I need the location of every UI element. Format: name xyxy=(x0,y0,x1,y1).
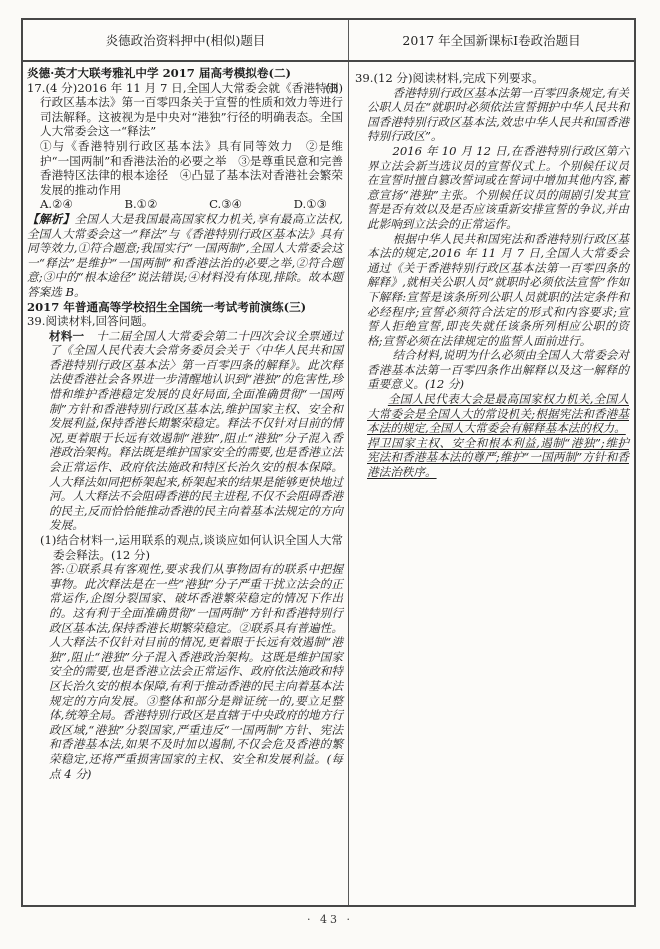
comparison-table: 炎德政治资料押中(相似)题目 2017 年全国新课标Ⅰ卷政治题目 炎德·英才大联… xyxy=(21,18,636,907)
page-number: · 43 · xyxy=(0,913,660,926)
question-39-lead-right: 39.(12 分)阅读材料,完成下列要求。 xyxy=(355,71,629,86)
material-one-text: 十二届全国人大常委会第二十四次会议全票通过了《全国人民代表大会常务委员会关于〈中… xyxy=(49,329,343,533)
analysis-text: 全国人大是我国最高国家权力机关,享有最高立法权,全国人大常委会这一“释法”与《香… xyxy=(27,212,343,299)
material-one-label: 材料一 xyxy=(49,329,84,343)
question-17-stem: (B)17.(4 分)2016 年 11 月 7 日,全国人大常委会就《香港特别… xyxy=(27,81,343,139)
table-header-row: 炎德政治资料押中(相似)题目 2017 年全国新课标Ⅰ卷政治题目 xyxy=(23,20,634,62)
underlined-answer-2: 捍卫国家主权、安全和根本利益,遏制“港独”;维护宪法和香港基本法的尊严;维护“一… xyxy=(367,436,629,480)
table-body-row: 炎德·英才大联考雅礼中学 2017 届高考模拟卷(二) (B)17.(4 分)2… xyxy=(23,62,634,905)
underlined-answer-1: 全国人民代表大会是最高国家权力机关,全国人大常委会是全国人大的常设机关;根据宪法… xyxy=(367,392,629,436)
exam-title-mock: 炎德·英才大联考雅礼中学 2017 届高考模拟卷(二) xyxy=(27,66,343,81)
question-39-lead-left: 39.阅读材料,回答问题。 xyxy=(27,314,343,329)
right-paragraph-2: 2016 年 10 月 12 日,在香港特别行政区第六界立法会新当选议员的宣誓仪… xyxy=(367,144,629,232)
analysis-paragraph: 【解析】全国人大是我国最高国家权力机关,享有最高立法权,全国人大常委会这一“释法… xyxy=(27,212,343,300)
scanned-exam-page: 炎德政治资料押中(相似)题目 2017 年全国新课标Ⅰ卷政治题目 炎德·英才大联… xyxy=(0,0,660,949)
left-column: 炎德·英才大联考雅礼中学 2017 届高考模拟卷(二) (B)17.(4 分)2… xyxy=(23,62,349,905)
right-paragraph-3: 根据中华人民共和国宪法和香港特别行政区基本法的规定,2016 年 11 月 7 … xyxy=(367,232,629,349)
exam-title-rehearsal: 2017 年普通高等学校招生全国统一考试考前演练(三) xyxy=(27,300,343,315)
right-paragraph-1: 香港特别行政区基本法第一百零四条规定,有关公职人员在“就职时必须依法宣誓拥护中华… xyxy=(367,86,629,144)
right-task-paragraph: 结合材料,说明为什么必须由全国人大常委会对香港基本法第一百零四条作出解释以及这一… xyxy=(367,348,629,392)
answer-paragraph-left: 答:①联系具有客观性,要求我们从事物固有的联系中把握事物。此次释法是在一些“港独… xyxy=(49,562,343,781)
choice-a: A.②④ xyxy=(40,197,73,212)
choice-b: B.①② xyxy=(124,197,157,212)
choices-row: A.②④ B.①② C.③④ D.①③ xyxy=(40,197,327,212)
choice-d: D.①③ xyxy=(294,197,327,212)
analysis-label: 【解析】 xyxy=(27,212,74,226)
sub-question-1: (1)结合材料一,运用联系的观点,谈谈应如何认识全国人大常委会释法。(12 分) xyxy=(40,533,343,562)
right-column: 39.(12 分)阅读材料,完成下列要求。 香港特别行政区基本法第一百零四条规定… xyxy=(349,62,634,905)
answer-mark: (B) xyxy=(338,81,343,96)
header-left-title: 炎德政治资料押中(相似)题目 xyxy=(23,20,349,60)
header-right-title: 2017 年全国新课标Ⅰ卷政治题目 xyxy=(349,20,634,60)
question-17-stem-text: 17.(4 分)2016 年 11 月 7 日,全国人大常委会就《香港特别行政区… xyxy=(27,81,343,139)
material-one-paragraph: 材料一 十二届全国人大常委会第二十四次会议全票通过了《全国人民代表大会常务委员会… xyxy=(49,329,343,533)
question-17-options: ①与《香港特别行政区基本法》具有同等效力 ②是维护“一国两制”和香港法治的必要之… xyxy=(40,139,343,197)
choice-c: C.③④ xyxy=(209,197,242,212)
